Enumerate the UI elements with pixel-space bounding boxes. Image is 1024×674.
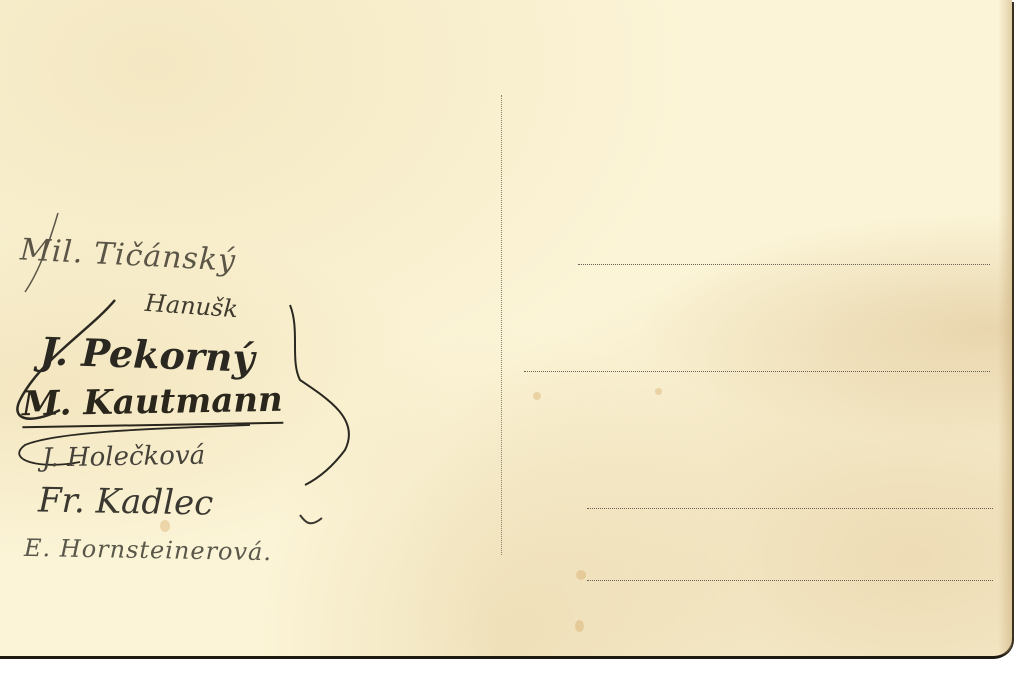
postcard-back: Mil. Tičánský Hanušk J. Pekorný M. Kautm… <box>0 0 1012 656</box>
signature: J. Pekorný <box>39 328 255 380</box>
address-line <box>524 371 990 372</box>
address-line <box>587 508 993 509</box>
stain <box>655 388 662 395</box>
signature: M. Kautmann <box>22 380 283 429</box>
message-address-divider <box>501 95 502 555</box>
address-line <box>587 580 993 581</box>
stain <box>533 392 541 400</box>
signature: J. Holečková <box>42 441 206 474</box>
signatures-block: Mil. Tičánský Hanušk J. Pekorný M. Kautm… <box>0 0 380 600</box>
stain <box>575 620 584 632</box>
signature: E. Hornsteinerová. <box>24 534 272 566</box>
signature: Mil. Tičánský <box>19 232 237 278</box>
address-line <box>578 264 990 265</box>
signature: Fr. Kadlec <box>38 480 214 523</box>
signature: Hanušk <box>144 289 239 323</box>
stain <box>576 570 586 580</box>
